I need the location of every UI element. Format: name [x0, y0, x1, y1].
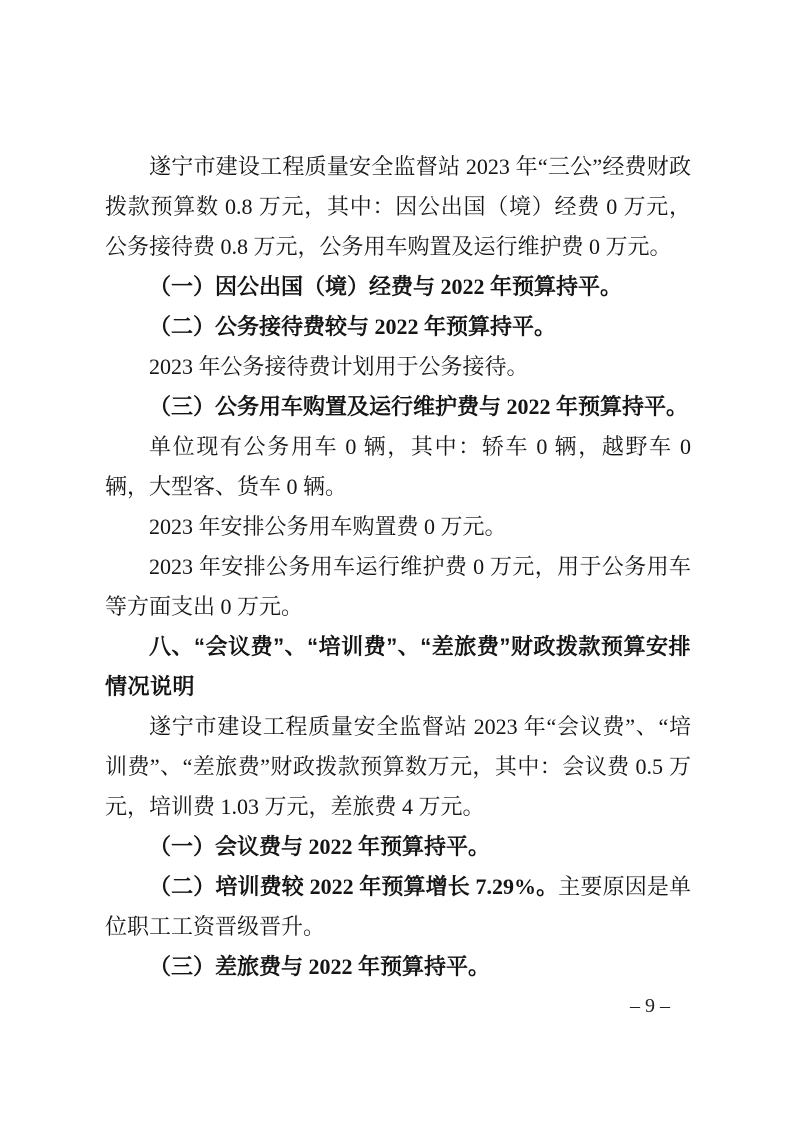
paragraph-sangong-intro: 遂宁市建设工程质量安全监督站 2023 年“三公”经费财政拨款预算数 0.8 万…	[105, 147, 691, 267]
paragraph-fees-item-2: （二）培训费较 2022 年预算增长 7.29%。主要原因是单位职工工资晋级晋升…	[105, 867, 691, 947]
paragraph-reception-plan: 2023 年公务接待费计划用于公务接待。	[105, 347, 691, 387]
heading-sangong-item-2: （二）公务接待费较与 2022 年预算持平。	[105, 307, 691, 347]
paragraph-vehicle-maintenance: 2023 年安排公务用车运行维护费 0 万元，用于公务用车等方面支出 0 万元。	[105, 547, 691, 627]
document-page: 遂宁市建设工程质量安全监督站 2023 年“三公”经费财政拨款预算数 0.8 万…	[0, 0, 793, 1122]
paragraph-vehicle-fleet: 单位现有公务用车 0 辆，其中：轿车 0 辆，越野车 0 辆，大型客、货车 0 …	[105, 427, 691, 507]
heading-fees-item-2: （二）培训费较 2022 年预算增长 7.29%。	[149, 874, 558, 899]
heading-section-eight: 八、“会议费”、“培训费”、“差旅费”财政拨款预算安排情况说明	[105, 627, 691, 707]
document-body: 遂宁市建设工程质量安全监督站 2023 年“三公”经费财政拨款预算数 0.8 万…	[105, 147, 691, 987]
paragraph-fees-intro: 遂宁市建设工程质量安全监督站 2023 年“会议费”、“培训费”、“差旅费”财政…	[105, 707, 691, 827]
paragraph-vehicle-purchase: 2023 年安排公务用车购置费 0 万元。	[105, 507, 691, 547]
heading-sangong-item-3: （三）公务用车购置及运行维护费与 2022 年预算持平。	[105, 387, 691, 427]
heading-fees-item-3: （三）差旅费与 2022 年预算持平。	[105, 947, 691, 987]
heading-fees-item-1: （一）会议费与 2022 年预算持平。	[105, 827, 691, 867]
heading-sangong-item-1: （一）因公出国（境）经费与 2022 年预算持平。	[105, 267, 691, 307]
page-number: – 9 –	[600, 992, 700, 1020]
